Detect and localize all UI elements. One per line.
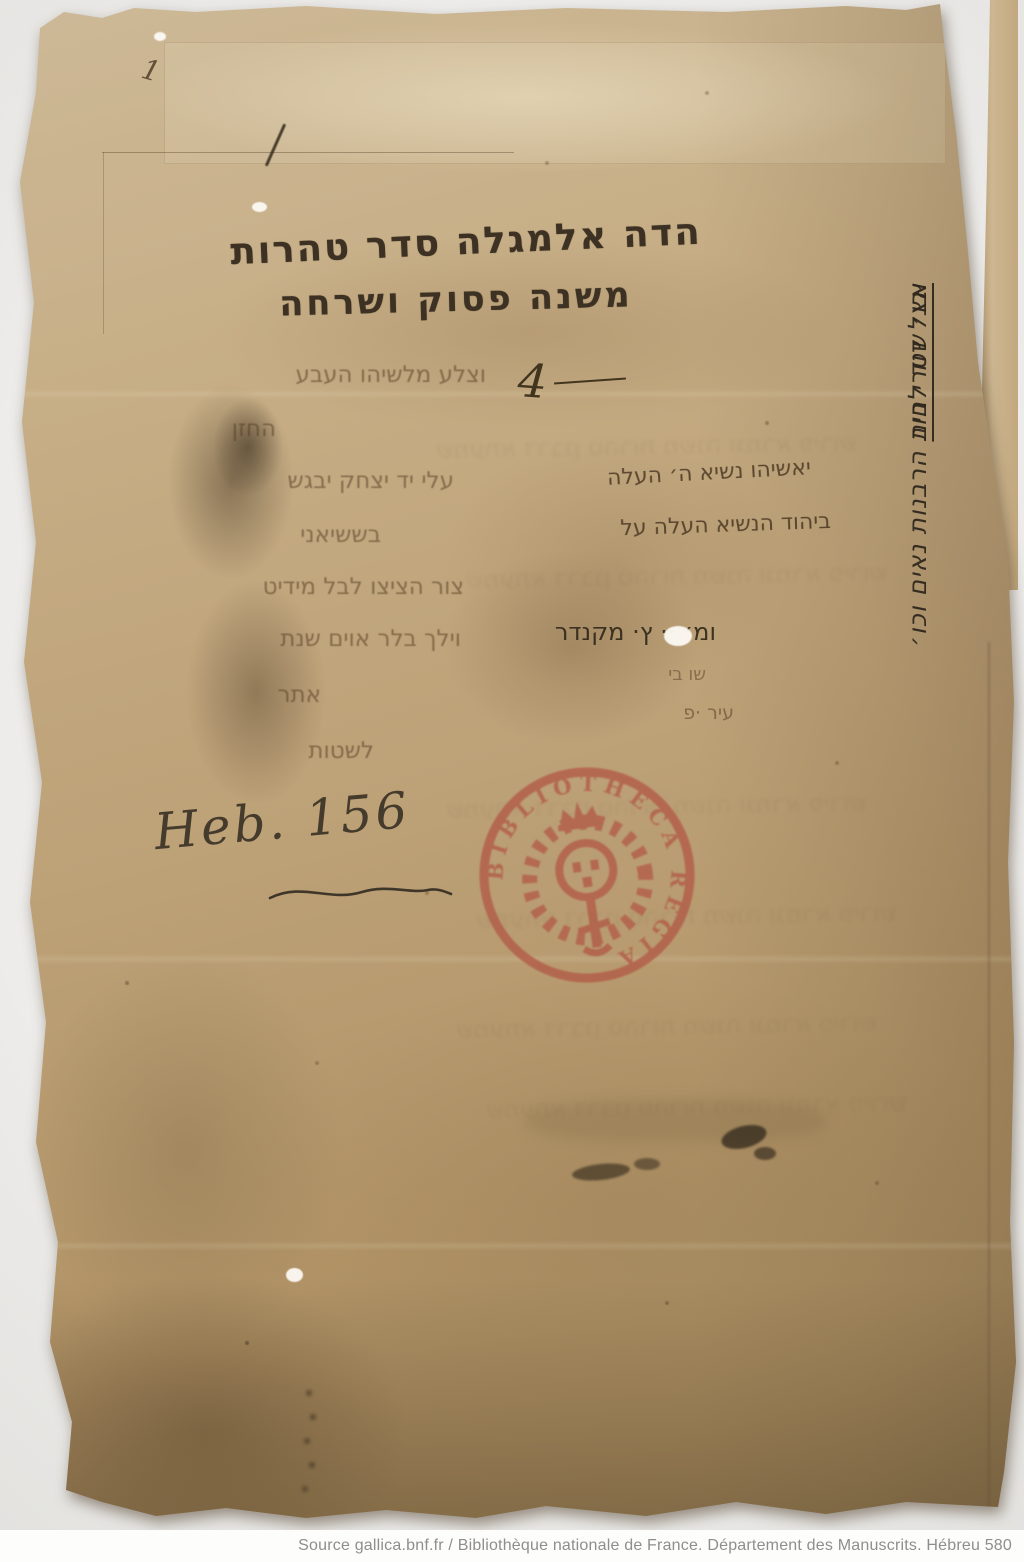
faded-inscription: עלי יד יצחק יבגש (124, 468, 454, 494)
paper-loss-spot (154, 32, 166, 41)
repair-patch (164, 42, 946, 164)
shelfmark-flourish (268, 878, 453, 904)
bibliotheca-regia-stamp: BIBLIOTHECA REGIA (459, 747, 714, 1002)
paper-loss-spot (252, 202, 267, 212)
ink-smudge (634, 1158, 660, 1170)
ink-smudge (754, 1147, 776, 1160)
faded-inscription: צור הציצו לבל מידיט (124, 574, 464, 600)
source-attribution: Source gallica.bnf.fr / Bibliothèque nat… (298, 1537, 1012, 1555)
margin-note-rest: אצל דוד לבית הרבנות נאים וכו׳ (903, 283, 932, 647)
patch-crease-vertical (103, 152, 104, 334)
gallica-scan-viewport: 1 שמעתא דרבנן טהרות משנה וגמרא פירוש שמע… (0, 0, 1024, 1562)
faded-inscription: וילך בלר אוים שנת (171, 626, 461, 652)
numeral-4-flourish (554, 377, 626, 384)
paper-loss-spot (286, 1268, 303, 1282)
faded-inscription: לשטות (254, 738, 374, 764)
owner-inscription: עיר ·פ (604, 702, 734, 724)
bleedthrough-line: שמעתא דרבנן טהרות משנה וגמרא פירוש (466, 558, 887, 593)
ink-smudge (571, 1161, 630, 1183)
title-line-1: הדה אלמגלה סדר טהרות (205, 209, 726, 275)
numeral-4: 4 (516, 353, 549, 409)
caption-bar: Source gallica.bnf.fr / Bibliothèque nat… (0, 1530, 1024, 1562)
manuscript-leaf-wrap: 1 שמעתא דרבנן טהרות משנה וגמרא פירוש שמע… (6, 2, 1018, 1524)
patch-crease-horizontal (102, 152, 514, 153)
faded-inscription: החזן (166, 416, 276, 442)
crease-line (6, 1244, 1018, 1248)
faded-inscription: בששיאני (231, 522, 381, 548)
crease-line (6, 392, 1018, 396)
paper-loss-spot (664, 626, 692, 646)
title-line-2: משנה פסוק ושרחה (236, 274, 677, 326)
vertical-margin-note: ובו׳ שטרי חוב אצל דוד לבית הרבנות נאים ו… (903, 283, 949, 1019)
bleedthrough-line: שמעתא דרבנן טהרות משנה וגמרא פירוש (456, 1008, 877, 1043)
folio-number: 1 (138, 52, 164, 89)
faded-inscription: וצלע מלשיהו העבע (186, 362, 486, 388)
erased-smear (526, 1100, 826, 1142)
foxing-specks (6, 2, 8, 4)
faded-inscription: אתר (221, 682, 321, 708)
svg-text:BIBLIOTHECA REGIA: BIBLIOTHECA REGIA (469, 757, 704, 992)
manuscript-leaf: 1 שמעתא דרבנן טהרות משנה וגמרא פירוש שמע… (6, 2, 1018, 1524)
owner-inscription: ביהוד הנשיא העלה על (541, 509, 832, 544)
right-fold-line (988, 642, 990, 1522)
shelfmark-heb: Heb. 156 (152, 781, 413, 861)
stamp-text: BIBLIOTHECA REGIA (469, 757, 704, 992)
owner-inscription: שו בי (596, 664, 706, 685)
